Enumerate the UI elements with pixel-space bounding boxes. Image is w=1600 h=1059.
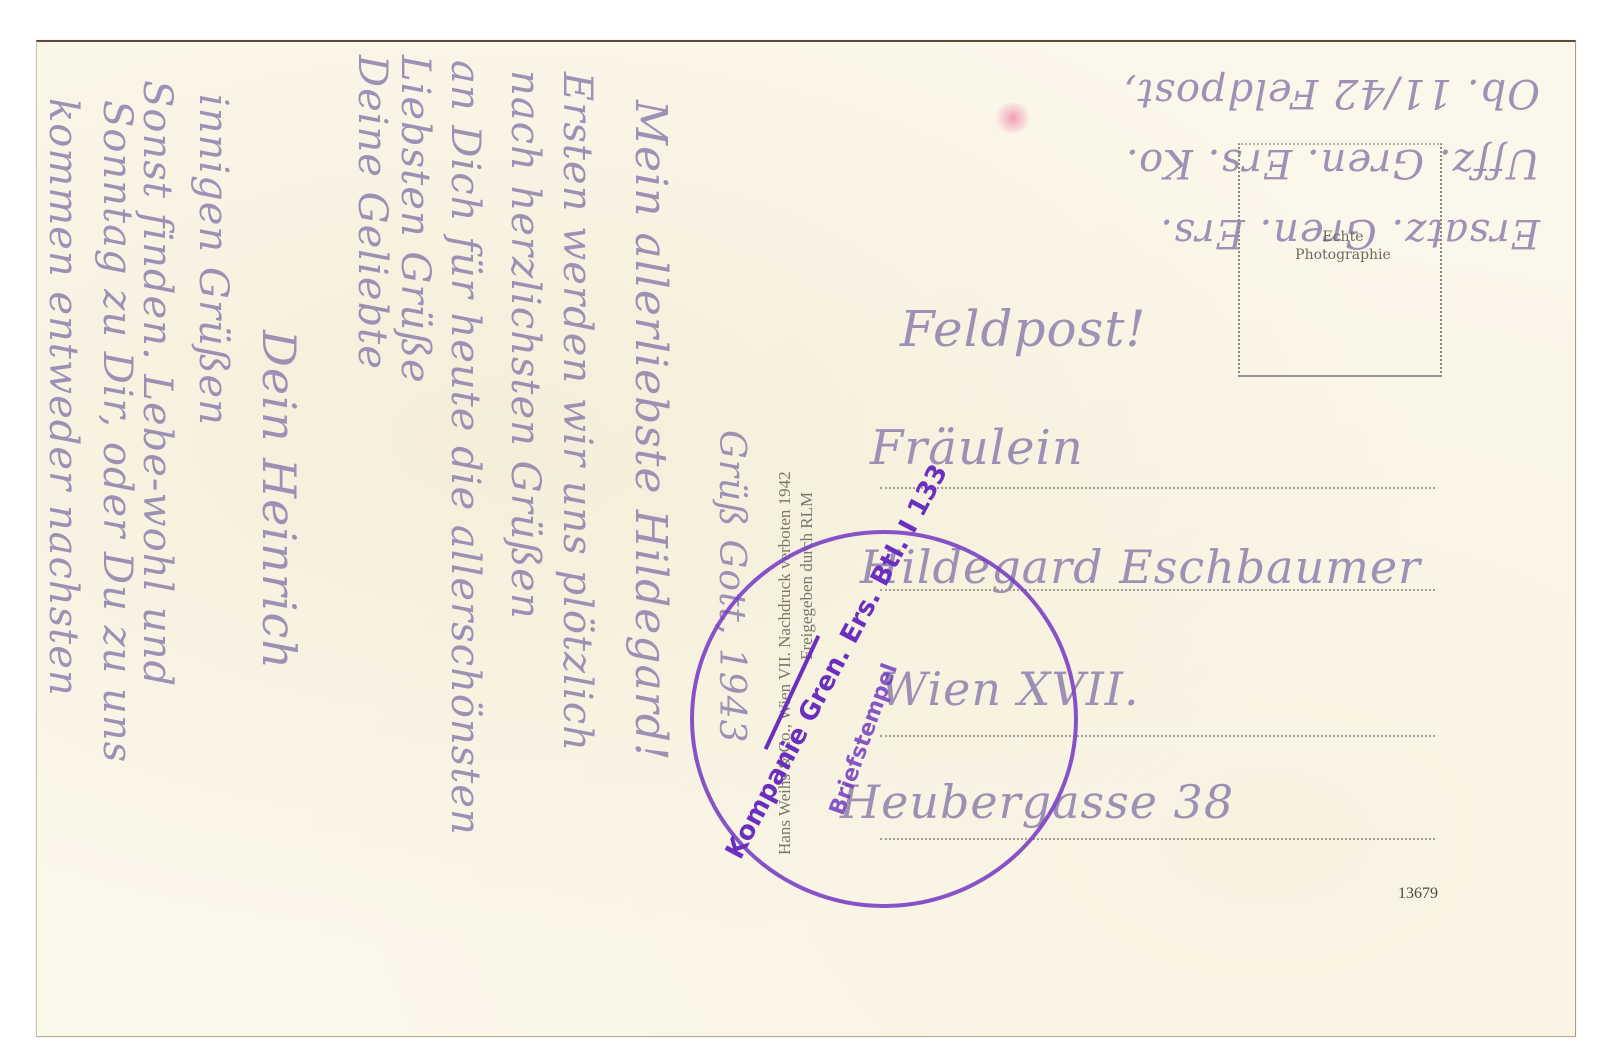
address-service: Feldpost!	[900, 300, 1147, 358]
address-line	[880, 487, 1435, 489]
address-salutation: Fräulein	[870, 420, 1084, 476]
upside-down-note: Ob. 11/42 Feldpost,	[880, 70, 1540, 116]
ink-stain	[993, 103, 1033, 133]
serial-number: 13679	[1398, 885, 1438, 903]
message-line: Liebsten Grüße	[392, 55, 438, 384]
message-line: Ersten werden wir uns plötzlich	[554, 72, 600, 752]
stamp-box-label: Echte Photographie	[1268, 228, 1418, 264]
message-line: Deine Geliebte	[349, 55, 395, 370]
message-line: kommen entweder nachsten	[40, 98, 86, 697]
message-line: an Dich für heute die allerschönsten	[442, 60, 488, 836]
stamp-box-label-line-2: Photographie	[1268, 246, 1418, 264]
message-line: nach herzlichsten Grüßen	[502, 70, 548, 620]
signature: Dein Heinrich	[252, 330, 306, 670]
message-line: Sonst finden. Lebe-wohl und	[134, 80, 180, 687]
stamp-box-label-line-1: Echte	[1268, 228, 1418, 246]
message-line: innigen Grüßen	[190, 94, 236, 426]
salutation: Mein allerliebste Hildegard!	[625, 100, 676, 762]
